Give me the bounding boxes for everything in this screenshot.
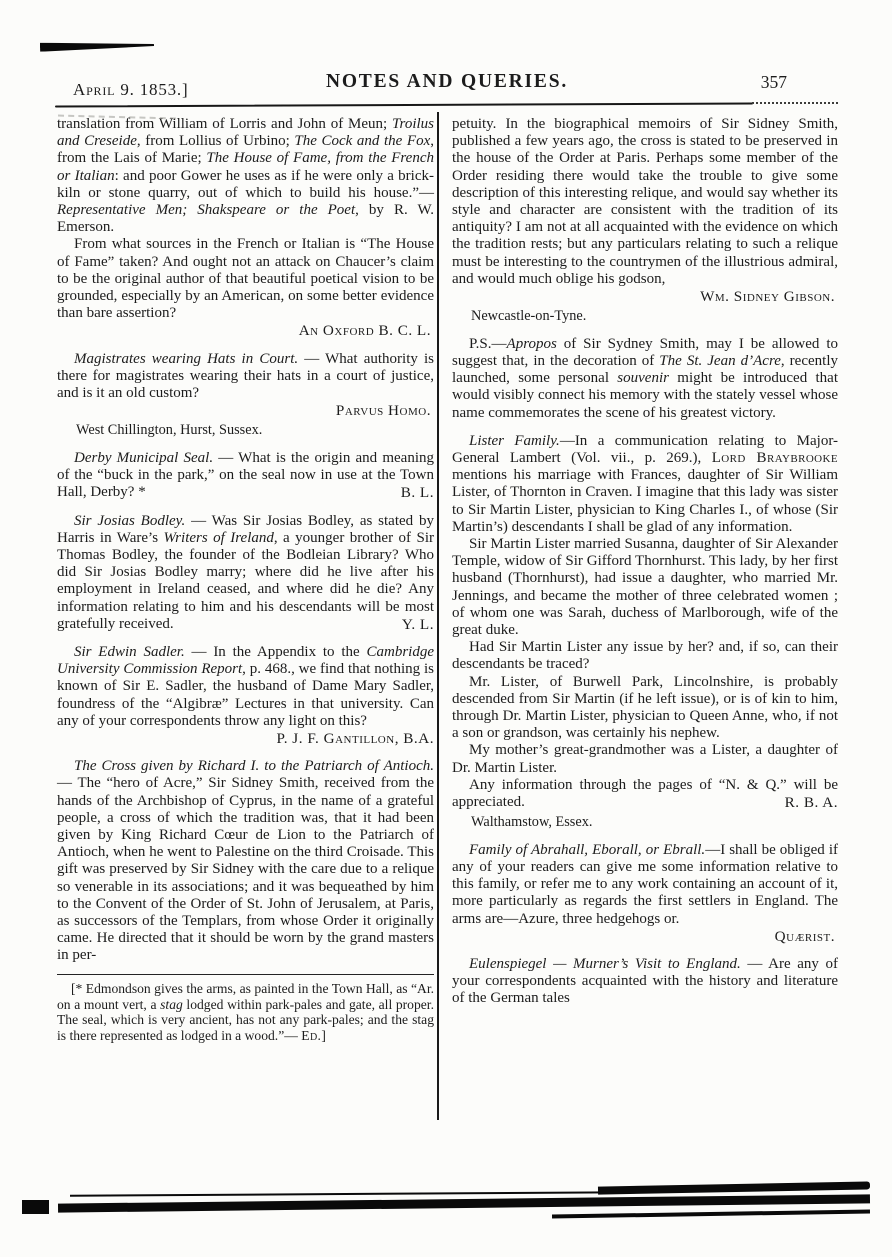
text-run: Derby Municipal Seal. [74, 450, 213, 466]
text-run: Newcastle-on-Tyne. [471, 308, 586, 324]
para-lister-burwell-park: Mr. Lister, of Burwell Park, Lincolnshir… [452, 674, 838, 743]
right-column: petuity. In the biographical memoirs of … [452, 116, 838, 1008]
query-magistrates-hats: Magistrates wearing Hats in Court. — Wha… [57, 351, 434, 420]
text-run: Sir Edwin Sadler. [74, 644, 185, 660]
footnote-text: [* Edmondson gives the arms, as painted … [57, 981, 434, 1045]
signature: P. J. F. Gantillon, B.A. [249, 730, 434, 747]
continuation-chaucer-sources: translation from William of Lorris and J… [57, 116, 434, 236]
text-run: Representative Men; Shakspeare or the Po… [57, 202, 355, 218]
column-divider-rule [437, 112, 439, 1120]
right-column-text: petuity. In the biographical memoirs of … [452, 116, 838, 1008]
address-west-chillington: West Chillington, Hurst, Sussex. [57, 422, 434, 439]
scanned-page: April 9. 1853.] NOTES AND QUERIES. 357 t… [0, 0, 892, 1257]
continuation-gibson-reply: petuity. In the biographical memoirs of … [452, 116, 838, 305]
text-run: Walthamstow, Essex. [471, 814, 592, 830]
query-sir-edwin-sadler: Sir Edwin Sadler. — In the Appendix to t… [57, 644, 434, 747]
signature: R. B. A. [758, 794, 838, 811]
bottom-rule-lower [552, 1210, 870, 1219]
page-number: 357 [761, 72, 787, 93]
query-derby-municipal-seal: Derby Municipal Seal. — What is the orig… [57, 450, 434, 502]
text-run: Lord Braybrooke [712, 450, 838, 466]
para-any-information: Any information through the pages of “N.… [452, 777, 838, 811]
postscript-st-jean-dacre: P.S.—Apropos of Sir Sydney Smith, may I … [452, 336, 838, 422]
page-header: April 9. 1853.] NOTES AND QUERIES. 357 [57, 71, 837, 107]
text-run: Lister Family. [469, 433, 560, 449]
address-newcastle: Newcastle-on-Tyne. [452, 308, 838, 325]
text-run: Eulenspiegel — Murner’s Visit to England… [469, 956, 741, 972]
query-lister-family: Lister Family.—In a communication relati… [452, 433, 838, 536]
left-column: translation from William of Lorris and J… [57, 116, 434, 1044]
query-house-of-fame: From what sources in the French or Itali… [57, 236, 434, 339]
text-run: Writers of Ireland [164, 530, 274, 546]
text-run: Had Sir Martin Lister any issue by her? … [452, 639, 838, 672]
text-run: The Cock and the Fox [294, 133, 430, 149]
editor-footnote-derby-seal: [* Edmondson gives the arms, as painted … [57, 981, 434, 1045]
para-martin-lister-marriage: Sir Martin Lister married Susanna, daugh… [452, 536, 838, 639]
signature: Y. L. [375, 616, 434, 633]
signature: Parvus Homo. [57, 402, 434, 419]
signature: Quærist. [452, 928, 838, 945]
para-great-grandmother: My mother’s great-grandmother was a List… [452, 742, 838, 776]
text-run: P.S.— [469, 336, 507, 352]
journal-title: NOTES AND QUERIES. [57, 71, 837, 93]
text-run: Apropos [507, 336, 557, 352]
query-cross-richard-antioch: The Cross given by Richard I. to the Pat… [57, 758, 434, 964]
query-sir-josias-bodley: Sir Josias Bodley. — Was Sir Josias Bodl… [57, 513, 434, 633]
text-run: souvenir [617, 370, 669, 386]
bottom-ink-block-artifact [22, 1200, 49, 1214]
text-run: — The “hero of Acre,” Sir Sidney Smith, … [57, 775, 434, 963]
text-run: Family of Abrahall, Eborall, or Ebrall. [469, 842, 705, 858]
text-run: petuity. In the biographical memoirs of … [452, 116, 838, 287]
signature: Wm. Sidney Gibson. [452, 288, 838, 305]
query-eulenspiegel: Eulenspiegel — Murner’s Visit to England… [452, 956, 838, 1008]
footnote-rule [57, 974, 434, 975]
header-rule-dotted-end [752, 102, 838, 104]
text-run: mentions his marriage with Frances, daug… [452, 467, 838, 535]
bottom-rule-thin [70, 1191, 630, 1197]
text-run: — In the Appendix to the [185, 644, 367, 660]
text-run: The St. Jean d’Acre [659, 353, 781, 369]
text-run: West Chillington, Hurst, Sussex. [76, 422, 262, 438]
text-run: Magistrates wearing Hats in Court. [74, 351, 298, 367]
address-walthamstow: Walthamstow, Essex. [452, 814, 838, 831]
text-run: Ed. [301, 1028, 321, 1043]
left-column-text: translation from William of Lorris and J… [57, 116, 434, 965]
text-run: Sir Martin Lister married Susanna, daugh… [452, 536, 838, 638]
scan-ink-wedge-artifact [40, 40, 154, 52]
para-lister-issue-question: Had Sir Martin Lister any issue by her? … [452, 639, 838, 673]
bottom-rule-main [58, 1194, 870, 1212]
query-abrahall-family: Family of Abrahall, Eborall, or Ebrall.—… [452, 842, 838, 945]
text-run: Sir Josias Bodley. [74, 513, 185, 529]
text-run: stag [160, 997, 183, 1012]
text-run: The Cross given by Richard I. to the Pat… [74, 758, 434, 774]
signature: An Oxford B. C. L. [57, 322, 434, 339]
text-run: , from Lollius of Urbino; [137, 133, 295, 149]
bottom-rule-upper-thick [598, 1181, 870, 1194]
text-run: From what sources in the French or Itali… [57, 236, 434, 321]
text-run: My mother’s great-grandmother was a List… [452, 742, 838, 775]
footnote-section: [* Edmondson gives the arms, as painted … [57, 974, 434, 1045]
text-run: translation from William of Lorris and J… [57, 116, 392, 132]
signature: B. L. [374, 484, 434, 501]
text-run: Mr. Lister, of Burwell Park, Lincolnshir… [452, 674, 838, 742]
text-run: ] [321, 1028, 326, 1043]
